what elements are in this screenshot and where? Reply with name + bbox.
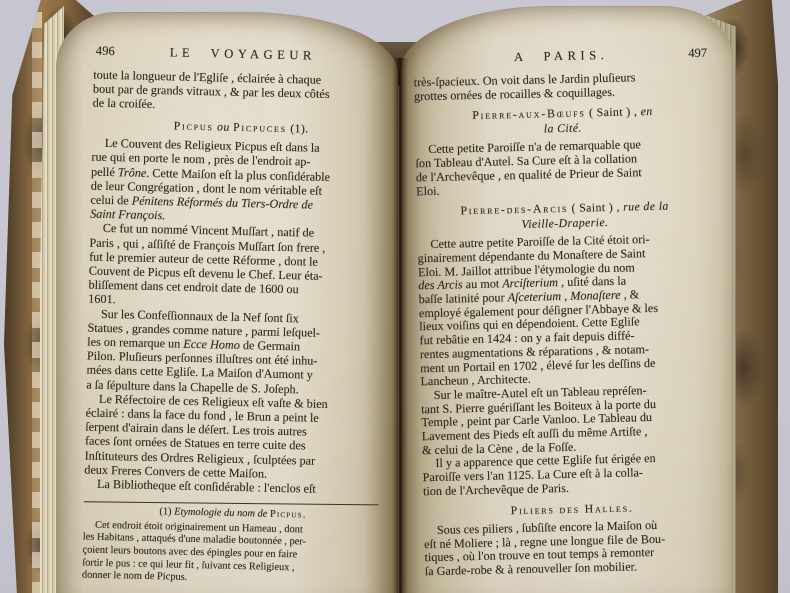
text-segment: de la croiſée. [93,96,156,111]
text-segment: ou [217,119,230,133]
footnote-body: (1) Etymologie du nom de Picpus.Cet endr… [82,505,382,589]
paragraph: Cette autre petite Paroiſſe de la Cité é… [417,232,716,389]
footnote: (1) Etymologie du nom de Picpus.Cet endr… [82,500,382,589]
text-segment: de Germain [240,338,301,353]
text-segment: . [629,500,633,514]
book-photograph: 496 LE VOYAGEUR toute la longueur de l'E… [0,0,790,593]
text-segment: Saint François. [90,207,165,223]
text-segment: Picpus [270,509,303,521]
left-page-text: 496 LE VOYAGEUR toute la longueur de l'E… [82,44,392,589]
right-page-header: A PARIS. 497 [413,46,709,70]
text-segment: , & [620,287,639,301]
text-segment: en [640,104,652,118]
section-heading: Pierre-des-Arcis ( Saint ) , rue de laVi… [416,198,713,234]
text-line: Picpus ou Picpuces (1). [92,116,390,137]
left-page-header: 496 LE VOYAGEUR [94,44,392,68]
paragraph: Sous ces piliers , ſubſiſte encore la Ma… [424,518,721,580]
page-number: 497 [688,46,707,61]
right-page: A PARIS. 497 très-ſpacieux. On voit dans… [400,6,732,593]
text-segment: Picpus [174,118,214,133]
text-segment: Etymologie du nom de [174,507,267,520]
text-segment: Picpuces [233,119,287,134]
section-heading: Picpus ou Picpuces (1). [92,116,390,137]
section-heading: Pierre-aux-Bœufs ( Saint ) , enla Cité. [414,103,711,139]
left-page-body: toute la longueur de l'Egliſe , éclairée… [84,68,392,498]
text-segment: . [303,510,306,521]
paragraph: Il y a apparence que cette Egliſe fut ér… [422,451,719,499]
running-title: A PARIS. [413,46,709,68]
text-segment: pellé [91,164,118,179]
text-segment: (1) [159,506,174,517]
left-page: 496 LE VOYAGEUR toute la longueur de l'E… [56,12,398,593]
running-title: LE VOYAGEUR [94,44,392,66]
paragraph: Sur le maître-Autel eſt un Tableau repré… [421,383,718,458]
text-segment: tion de l'Archevêque de Paris. [423,481,569,498]
text-segment: la Cité. [544,120,582,135]
text-segment: , [561,289,570,303]
paragraph: toute la longueur de l'Egliſe , éclairée… [93,68,392,117]
text-segment: ( Saint ) , [568,200,623,215]
text-segment: Trône [118,165,147,180]
paragraph: très-ſpacieux. On voit dans le Jardin pl… [414,70,711,104]
text-segment: rue de la [623,199,669,214]
text-segment: celui de [90,193,132,208]
text-segment: Piliers des Halles [510,500,629,517]
paragraph: Cette petite Paroiſſe n'a de remarquable… [415,137,712,199]
right-page-body: très-ſpacieux. On voit dans le Jardin pl… [414,70,721,579]
text-segment: des Arcis [418,278,463,293]
text-segment: donner le nom de Picpus. [82,570,188,583]
text-segment: Ecce Homo [183,337,240,352]
paragraph: Cet endroit étoit originairement un Hame… [82,519,381,589]
text-line: Piliers des Halles. [423,498,719,519]
text-segment: au mot [463,277,503,292]
right-page-text: A PARIS. 497 très-ſpacieux. On voit dans… [413,46,721,579]
paragraph: Sur les Confeſſionnaux de la Nef ſont ſi… [86,306,386,398]
text-segment: (1). [287,121,309,135]
paragraph: Le Couvent des Religieux Picpus eſt dans… [90,136,390,228]
gutter-shadow [392,58,408,593]
text-segment: Eloi. [416,183,440,198]
section-heading: Piliers des Halles. [423,498,719,519]
text-segment: Vieille-Draperie. [521,215,608,231]
paragraph: Le Réfectoire de ces Religieux eſt vaſte… [84,391,384,483]
text-segment: ( Saint ) , [585,105,640,120]
paragraph: Ce fut un nommé Vincent Muſſart , natif … [88,221,388,313]
text-segment: 1601. [88,292,116,307]
